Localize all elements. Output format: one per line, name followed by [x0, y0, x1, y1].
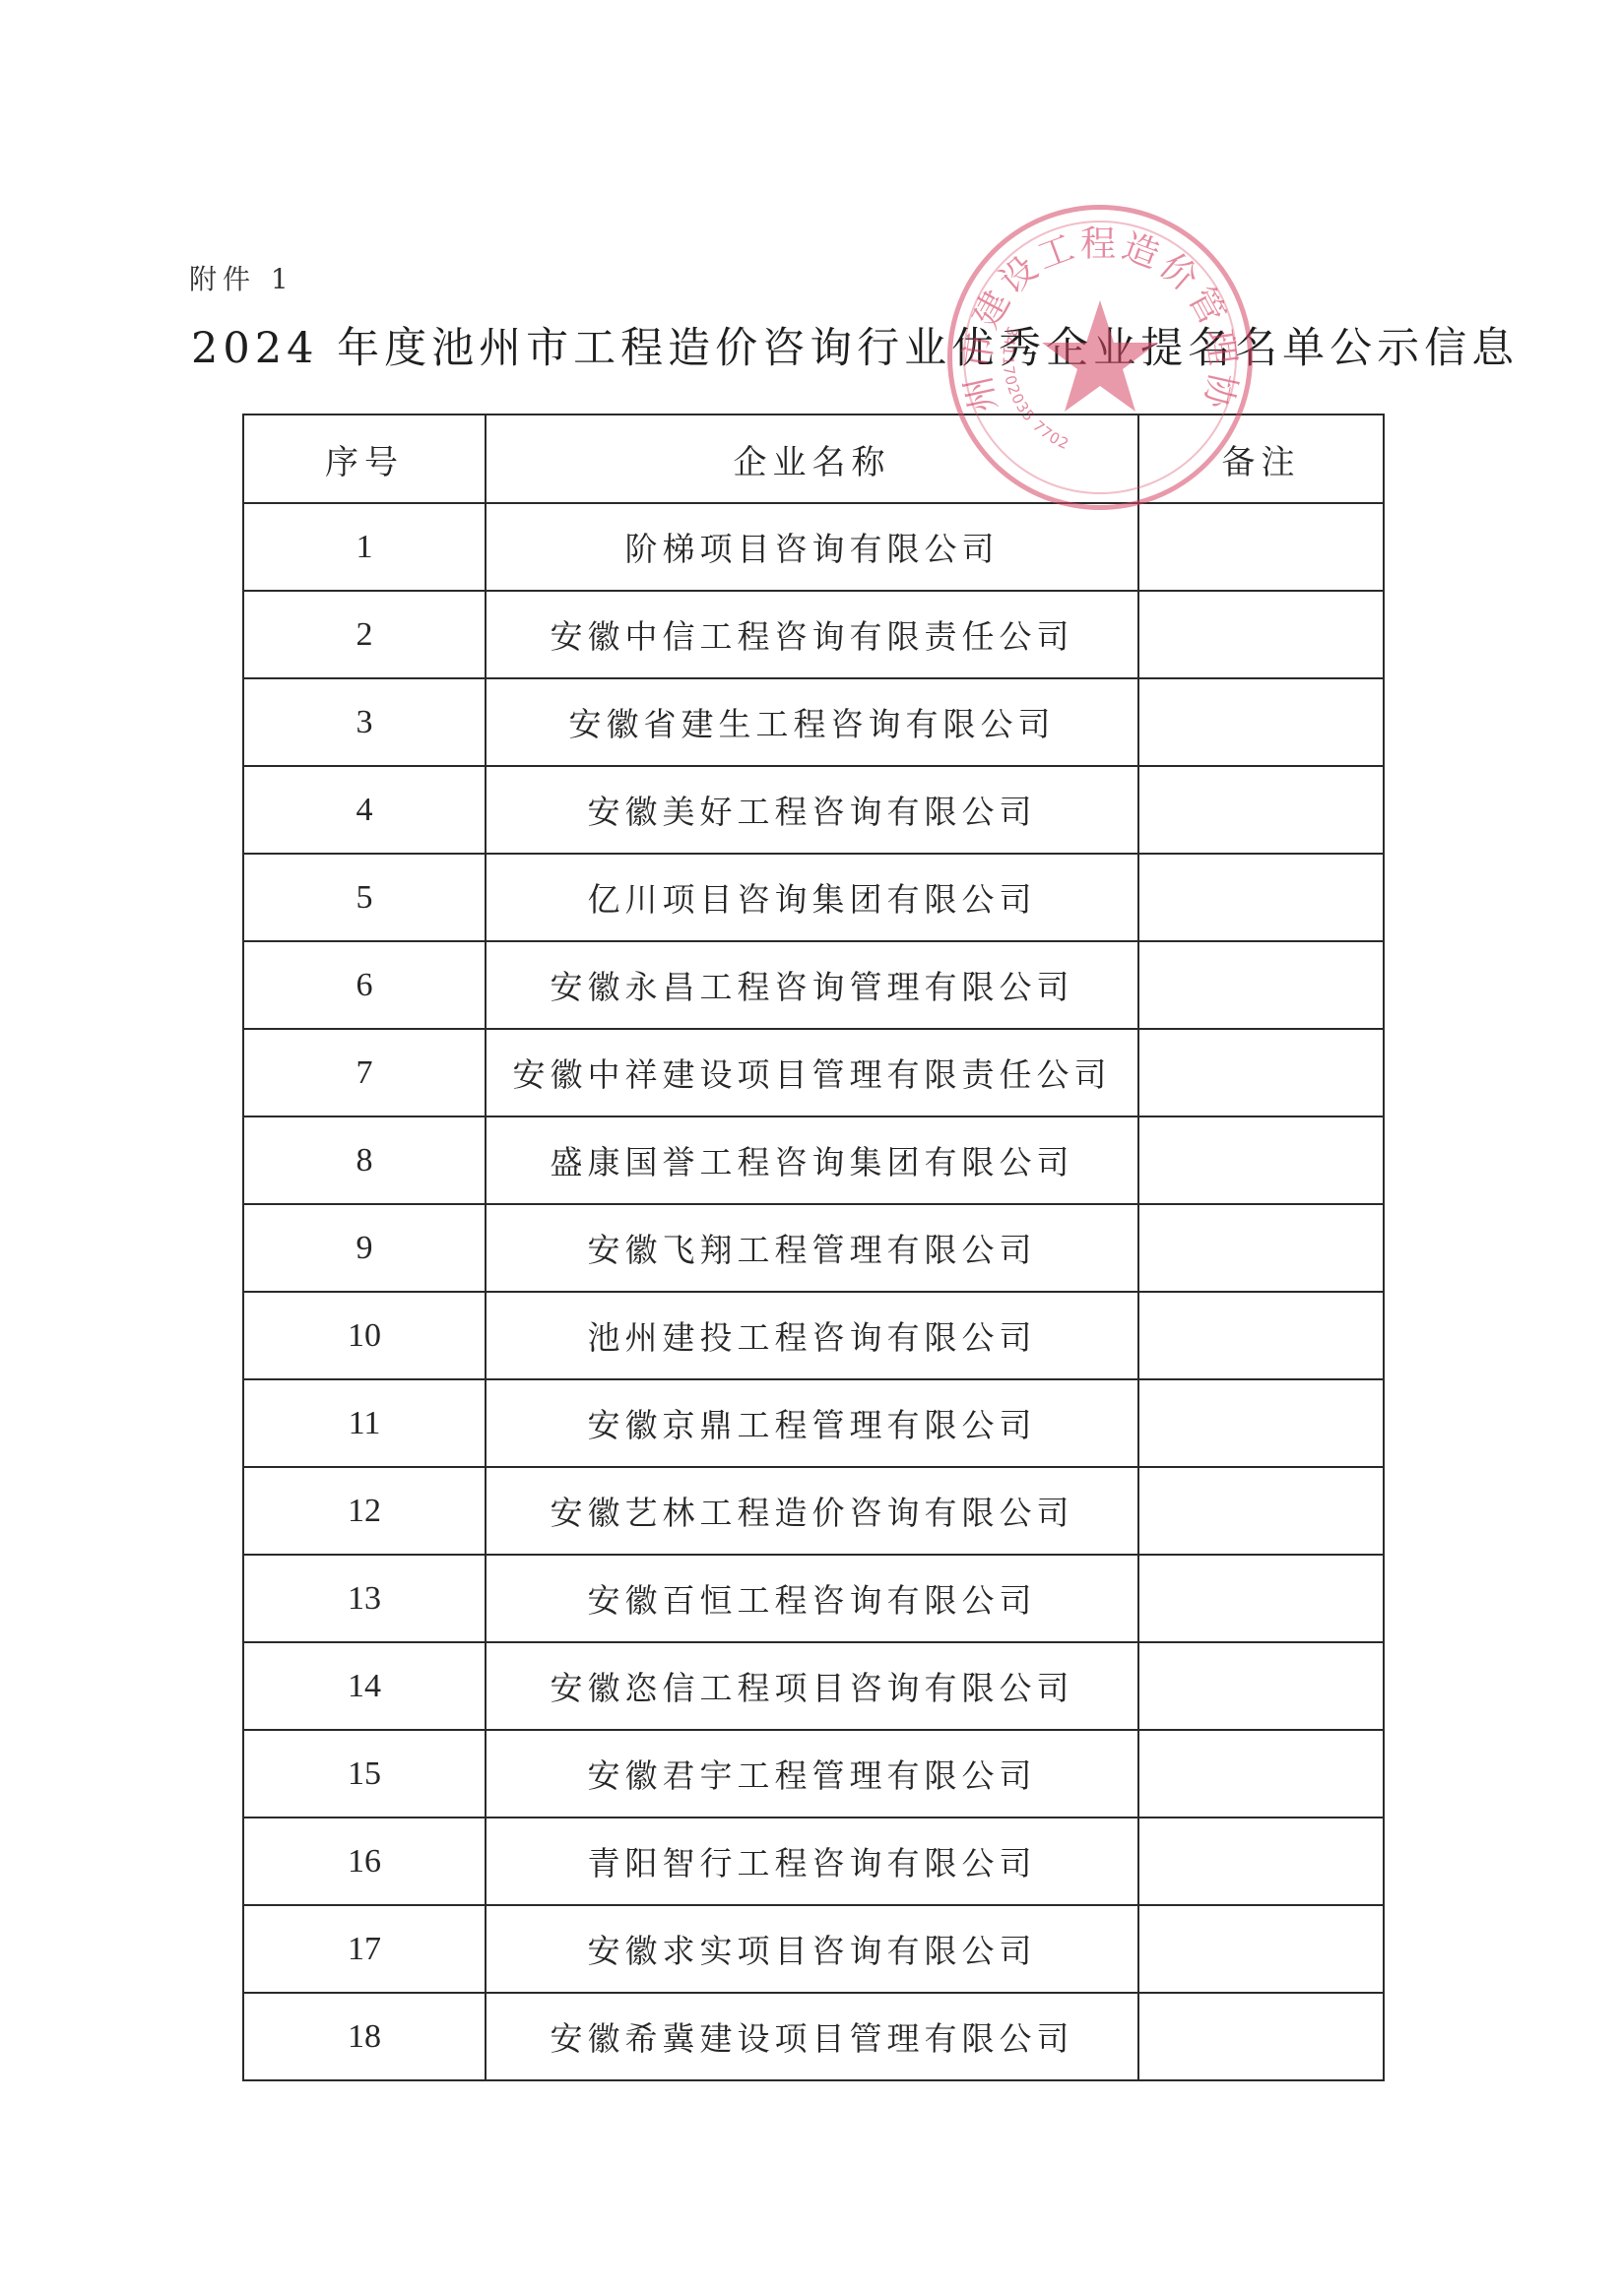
table-row: 18 安徽希冀建设项目管理有限公司 — [243, 1993, 1384, 2080]
row-company-name: 安徽永昌工程咨询管理有限公司 — [486, 941, 1138, 1029]
row-remarks — [1138, 1467, 1384, 1555]
header-company-name: 企业名称 — [486, 415, 1138, 503]
row-remarks — [1138, 503, 1384, 591]
row-index: 1 — [243, 503, 486, 591]
row-remarks — [1138, 1993, 1384, 2080]
nominee-table: 序号 企业名称 备注 1 阶梯项目咨询有限公司 2 安徽中信工程咨询有限责任公司… — [242, 414, 1385, 2081]
row-index: 14 — [243, 1642, 486, 1730]
table-row: 10 池州建投工程咨询有限公司 — [243, 1292, 1384, 1379]
row-index: 16 — [243, 1818, 486, 1905]
table-row: 16 青阳智行工程咨询有限公司 — [243, 1818, 1384, 1905]
table-header-row: 序号 企业名称 备注 — [243, 415, 1384, 503]
row-remarks — [1138, 1116, 1384, 1204]
table-row: 9 安徽飞翔工程管理有限公司 — [243, 1204, 1384, 1292]
attachment-label: 附件 1 — [189, 258, 294, 297]
table-row: 13 安徽百恒工程咨询有限公司 — [243, 1555, 1384, 1642]
row-index: 9 — [243, 1204, 486, 1292]
table-row: 8 盛康国誉工程咨询集团有限公司 — [243, 1116, 1384, 1204]
nominee-table-container: 序号 企业名称 备注 1 阶梯项目咨询有限公司 2 安徽中信工程咨询有限责任公司… — [242, 414, 1383, 2081]
row-index: 18 — [243, 1993, 486, 2080]
row-index: 12 — [243, 1467, 486, 1555]
row-remarks — [1138, 766, 1384, 854]
row-remarks — [1138, 1555, 1384, 1642]
row-company-name: 阶梯项目咨询有限公司 — [486, 503, 1138, 591]
row-index: 3 — [243, 678, 486, 766]
row-company-name: 安徽求实项目咨询有限公司 — [486, 1905, 1138, 1993]
row-remarks — [1138, 1029, 1384, 1116]
row-index: 7 — [243, 1029, 486, 1116]
row-company-name: 安徽君宇工程管理有限公司 — [486, 1730, 1138, 1818]
row-company-name: 安徽美好工程咨询有限公司 — [486, 766, 1138, 854]
row-remarks — [1138, 854, 1384, 941]
row-remarks — [1138, 591, 1384, 678]
header-index: 序号 — [243, 415, 486, 503]
row-company-name: 青阳智行工程咨询有限公司 — [486, 1818, 1138, 1905]
row-index: 2 — [243, 591, 486, 678]
table-row: 17 安徽求实项目咨询有限公司 — [243, 1905, 1384, 1993]
row-remarks — [1138, 1204, 1384, 1292]
row-remarks — [1138, 1379, 1384, 1467]
table-row: 11 安徽京鼎工程管理有限公司 — [243, 1379, 1384, 1467]
table-row: 7 安徽中祥建设项目管理有限责任公司 — [243, 1029, 1384, 1116]
row-company-name: 安徽中信工程咨询有限责任公司 — [486, 591, 1138, 678]
table-row: 5 亿川项目咨询集团有限公司 — [243, 854, 1384, 941]
row-index: 4 — [243, 766, 486, 854]
table-row: 15 安徽君宇工程管理有限公司 — [243, 1730, 1384, 1818]
table-row: 14 安徽恣信工程项目咨询有限公司 — [243, 1642, 1384, 1730]
document-title: 2024 年度池州市工程造价咨询行业优秀企业提名名单公示信息 — [191, 315, 1519, 375]
svg-text:池州市建设工程造价管理协会: 池州市建设工程造价管理协会 — [952, 210, 1243, 415]
row-company-name: 安徽京鼎工程管理有限公司 — [486, 1379, 1138, 1467]
row-remarks — [1138, 941, 1384, 1029]
row-index: 13 — [243, 1555, 486, 1642]
row-remarks — [1138, 1292, 1384, 1379]
header-remarks: 备注 — [1138, 415, 1384, 503]
table-row: 3 安徽省建生工程咨询有限公司 — [243, 678, 1384, 766]
row-company-name: 安徽飞翔工程管理有限公司 — [486, 1204, 1138, 1292]
row-company-name: 池州建投工程咨询有限公司 — [486, 1292, 1138, 1379]
table-row: 2 安徽中信工程咨询有限责任公司 — [243, 591, 1384, 678]
table-row: 1 阶梯项目咨询有限公司 — [243, 503, 1384, 591]
table-row: 12 安徽艺林工程造价咨询有限公司 — [243, 1467, 1384, 1555]
row-remarks — [1138, 1905, 1384, 1993]
row-company-name: 安徽希冀建设项目管理有限公司 — [486, 1993, 1138, 2080]
row-index: 6 — [243, 941, 486, 1029]
row-index: 17 — [243, 1905, 486, 1993]
row-remarks — [1138, 1642, 1384, 1730]
table-row: 4 安徽美好工程咨询有限公司 — [243, 766, 1384, 854]
row-index: 15 — [243, 1730, 486, 1818]
row-index: 10 — [243, 1292, 486, 1379]
row-company-name: 盛康国誉工程咨询集团有限公司 — [486, 1116, 1138, 1204]
row-remarks — [1138, 678, 1384, 766]
row-company-name: 安徽百恒工程咨询有限公司 — [486, 1555, 1138, 1642]
row-company-name: 安徽省建生工程咨询有限公司 — [486, 678, 1138, 766]
row-remarks — [1138, 1730, 1384, 1818]
row-index: 8 — [243, 1116, 486, 1204]
row-index: 5 — [243, 854, 486, 941]
row-remarks — [1138, 1818, 1384, 1905]
row-company-name: 安徽艺林工程造价咨询有限公司 — [486, 1467, 1138, 1555]
row-index: 11 — [243, 1379, 486, 1467]
table-row: 6 安徽永昌工程咨询管理有限公司 — [243, 941, 1384, 1029]
row-company-name: 安徽中祥建设项目管理有限责任公司 — [486, 1029, 1138, 1116]
row-company-name: 安徽恣信工程项目咨询有限公司 — [486, 1642, 1138, 1730]
row-company-name: 亿川项目咨询集团有限公司 — [486, 854, 1138, 941]
